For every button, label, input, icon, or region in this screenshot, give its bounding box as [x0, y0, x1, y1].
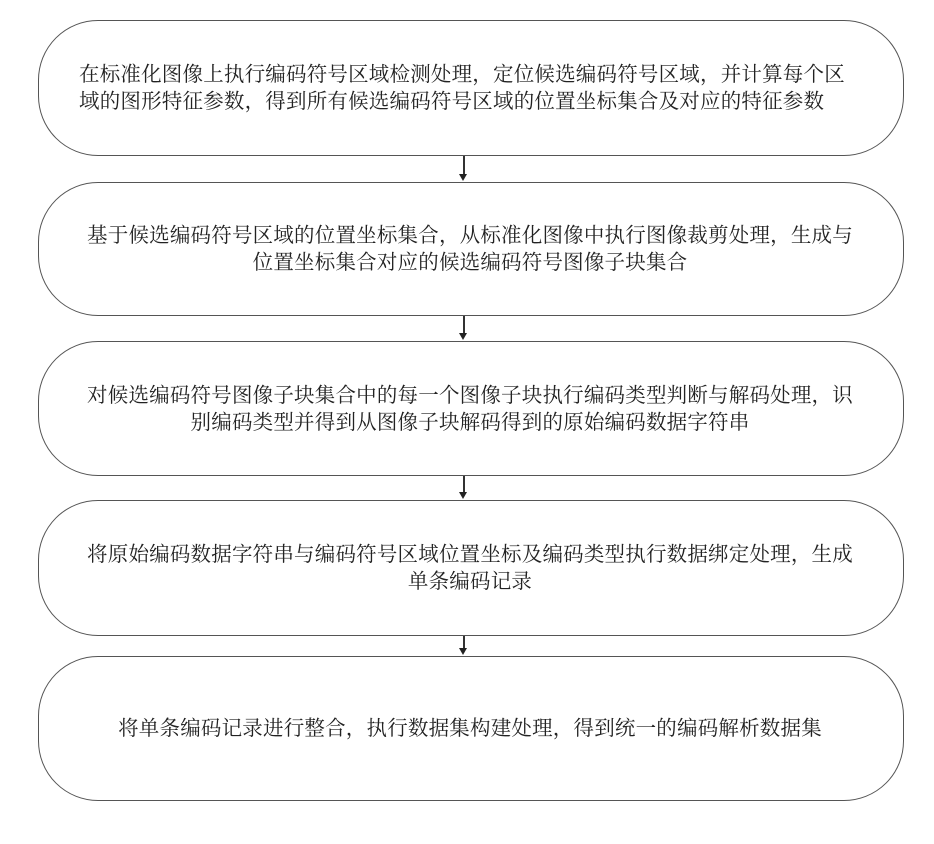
step-box-2: 基于候选编码符号区域的位置坐标集合，从标准化图像中执行图像裁剪处理，生成与位置坐… [38, 182, 904, 316]
step-text-3: 对候选编码符号图像子块集合中的每一个图像子块执行编码类型判断与解码处理，识别编码… [77, 382, 863, 436]
step-box-3: 对候选编码符号图像子块集合中的每一个图像子块执行编码类型判断与解码处理，识别编码… [38, 341, 904, 476]
arrow-down-icon [459, 492, 467, 499]
arrow-2-to-3 [462, 316, 466, 341]
arrow-down-icon [459, 333, 467, 340]
step-box-5: 将单条编码记录进行整合，执行数据集构建处理，得到统一的编码解析数据集 [38, 656, 904, 801]
arrow-down-icon [459, 648, 467, 655]
step-text-2: 基于候选编码符号区域的位置坐标集合，从标准化图像中执行图像裁剪处理，生成与位置坐… [77, 222, 863, 276]
arrow-down-icon [459, 174, 467, 181]
step-box-1: 在标准化图像上执行编码符号区域检测处理，定位候选编码符号区域，并计算每个区域的图… [38, 20, 904, 156]
arrow-3-to-4 [462, 476, 466, 500]
flowchart: 在标准化图像上执行编码符号区域检测处理，定位候选编码符号区域，并计算每个区域的图… [0, 0, 934, 844]
arrow-1-to-2 [462, 156, 466, 182]
arrow-4-to-5 [462, 636, 466, 656]
arrow-line [463, 156, 465, 175]
step-text-4: 将原始编码数据字符串与编码符号区域位置坐标及编码类型执行数据绑定处理，生成单条编… [77, 541, 863, 595]
arrow-line [463, 316, 465, 334]
step-box-4: 将原始编码数据字符串与编码符号区域位置坐标及编码类型执行数据绑定处理，生成单条编… [38, 500, 904, 636]
step-text-5: 将单条编码记录进行整合，执行数据集构建处理，得到统一的编码解析数据集 [118, 715, 822, 742]
step-text-1: 在标准化图像上执行编码符号区域检测处理，定位候选编码符号区域，并计算每个区域的图… [77, 61, 863, 115]
arrow-line [463, 476, 465, 493]
